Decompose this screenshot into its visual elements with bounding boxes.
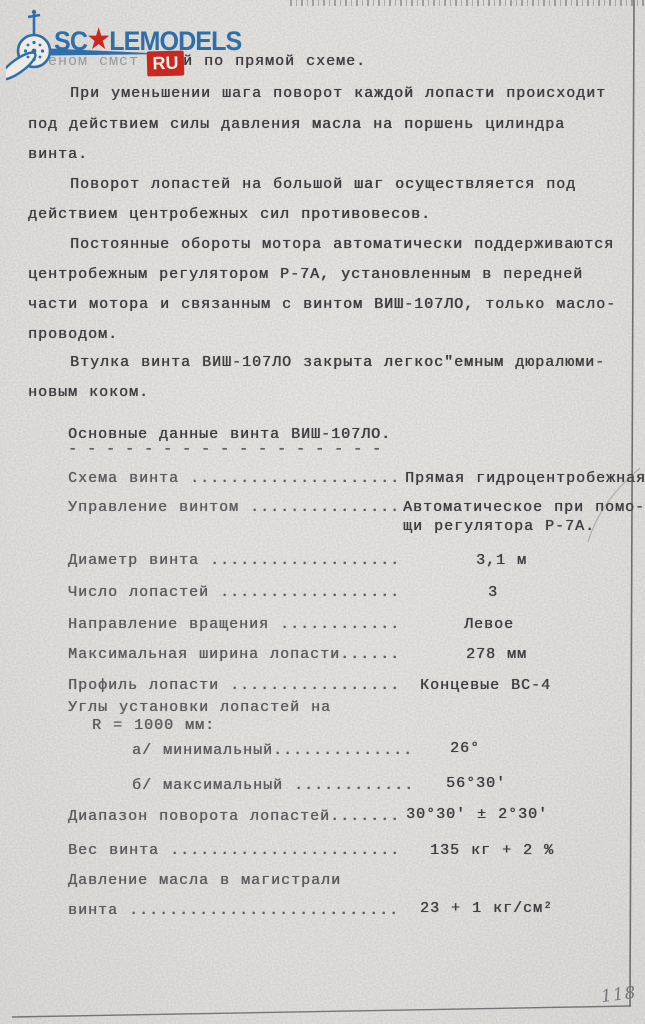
paragraph-line: новым коком. bbox=[28, 383, 149, 403]
spec-value: 278 мм bbox=[466, 645, 527, 665]
page-number: 118 bbox=[600, 983, 638, 1007]
spec-value: 56°30' bbox=[446, 774, 506, 794]
spec-value: Автоматическое при помо- bbox=[403, 498, 645, 518]
spec-label: Профиль лопасти ................. bbox=[68, 676, 400, 696]
brand-ru-badge: RU bbox=[147, 51, 185, 77]
spec-label: Вес винта ....................... bbox=[68, 841, 400, 861]
scalemodels-watermark-logo: SC★LEMODELS RU bbox=[6, 4, 206, 84]
scan-edge-artifact bbox=[290, 0, 645, 6]
spec-value: 23 + 1 кг/см² bbox=[420, 899, 553, 919]
paragraph-line: Поворот лопастей на большой шаг осуществ… bbox=[70, 175, 576, 195]
spec-label: Давление масла в магистрали bbox=[68, 871, 341, 891]
spec-value: 135 кг + 2 % bbox=[430, 841, 554, 861]
spec-label: Углы установки лопастей на bbox=[68, 698, 331, 718]
paragraph-line: центробежным регулятором Р-7А, установле… bbox=[28, 265, 583, 285]
spec-label: Диаметр винта ................... bbox=[68, 551, 400, 571]
paragraph-line: действием центробежных сил противовесов. bbox=[28, 205, 431, 225]
spec-label: Число лопастей .................. bbox=[68, 583, 400, 603]
spec-value: Прямая гидроцентробежная bbox=[405, 469, 645, 489]
paragraph-line: части мотора и связанным с винтом ВИШ-10… bbox=[28, 295, 616, 315]
spec-value: Левое bbox=[464, 615, 514, 635]
spec-value: 3,1 м bbox=[476, 551, 527, 571]
spec-label: Управление винтом ............... bbox=[68, 498, 400, 518]
paragraph-line: проводом. bbox=[28, 325, 118, 345]
brand-star-icon: ★ bbox=[86, 22, 110, 57]
spec-value: щи регулятора Р-7А. bbox=[403, 517, 595, 537]
spec-value: 3 bbox=[488, 583, 498, 603]
spec-label: Диапазон поворота лопастей....... bbox=[68, 807, 400, 827]
spec-value: 26° bbox=[450, 739, 480, 759]
paragraph-line: Втулка винта ВИШ-107ЛО закрыта легкос"ем… bbox=[70, 353, 605, 373]
spec-label-continued: винта ........................... bbox=[68, 901, 399, 921]
specs-heading-underline: - - - - - - - - - - - - - - - - - bbox=[68, 440, 381, 460]
spec-value: Концевые ВС-4 bbox=[420, 676, 551, 696]
paragraph-line: При уменьшении шага поворот каждой лопас… bbox=[70, 84, 606, 104]
paragraph-line: Постоянные обороты мотора автоматически … bbox=[70, 235, 614, 255]
spec-label: б/ максимальный ............ bbox=[132, 776, 414, 796]
paragraph-line: под действием силы давления масла на пор… bbox=[28, 115, 565, 135]
document-page: еном смст й по прямой схеме. SC★LEMODELS bbox=[0, 0, 645, 1024]
brand-text-sc: SC bbox=[54, 26, 87, 57]
spec-label: а/ минимальный.............. bbox=[132, 741, 413, 761]
spec-label: Направление вращения ............ bbox=[68, 615, 400, 635]
paragraph-line: винта. bbox=[28, 145, 88, 165]
spec-label: Схема винта ..................... bbox=[68, 469, 400, 489]
spec-value: 30°30' ± 2°30' bbox=[406, 805, 548, 825]
spec-label-continued: R = 1000 мм: bbox=[92, 716, 215, 736]
spec-label: Максимальная ширина лопасти...... bbox=[68, 645, 400, 665]
